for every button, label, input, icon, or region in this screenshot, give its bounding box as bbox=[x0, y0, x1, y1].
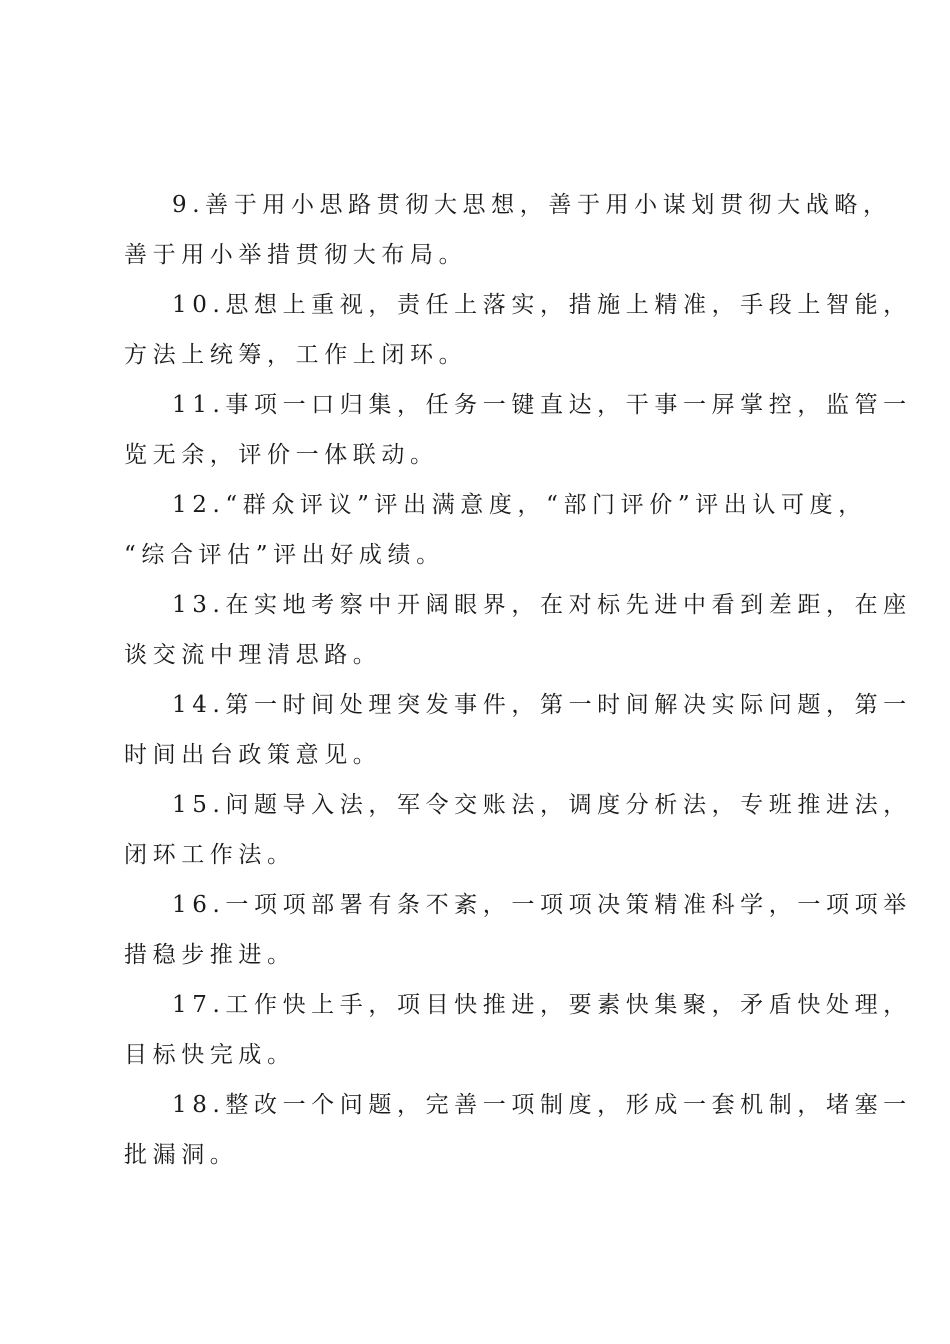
list-item-line: 闭环工作法。 bbox=[124, 830, 828, 880]
list-item-9: 9.善于用小思路贯彻大思想，善于用小谋划贯彻大战略， 善于用小举措贯彻大布局。 bbox=[124, 180, 828, 280]
list-item-14: 14.第一时间处理突发事件，第一时间解决实际问题，第一 时间出台政策意见。 bbox=[124, 680, 828, 780]
list-item-line: 善于用小举措贯彻大布局。 bbox=[124, 230, 828, 280]
list-item-line: 时间出台政策意见。 bbox=[124, 730, 828, 780]
list-item-line: 15.问题导入法，军令交账法，调度分析法，专班推进法， bbox=[124, 780, 828, 830]
list-item-line: 16.一项项部署有条不紊，一项项决策精准科学，一项项举 bbox=[124, 880, 828, 930]
list-item-line: “综合评估”评出好成绩。 bbox=[124, 530, 828, 580]
list-item-line: 措稳步推进。 bbox=[124, 930, 828, 980]
list-item-10: 10.思想上重视，责任上落实，措施上精准，手段上智能， 方法上统筹，工作上闭环。 bbox=[124, 280, 828, 380]
list-item-line: 谈交流中理清思路。 bbox=[124, 630, 828, 680]
list-item-11: 11.事项一口归集，任务一键直达，干事一屏掌控，监管一 览无余，评价一体联动。 bbox=[124, 380, 828, 480]
document-page: 9.善于用小思路贯彻大思想，善于用小谋划贯彻大战略， 善于用小举措贯彻大布局。 … bbox=[0, 0, 950, 1344]
list-item-line: 13.在实地考察中开阔眼界，在对标先进中看到差距，在座 bbox=[124, 580, 828, 630]
list-item-17: 17.工作快上手，项目快推进，要素快集聚，矛盾快处理， 目标快完成。 bbox=[124, 980, 828, 1080]
list-item-line: 10.思想上重视，责任上落实，措施上精准，手段上智能， bbox=[124, 280, 828, 330]
list-item-13: 13.在实地考察中开阔眼界，在对标先进中看到差距，在座 谈交流中理清思路。 bbox=[124, 580, 828, 680]
list-item-line: 11.事项一口归集，任务一键直达，干事一屏掌控，监管一 bbox=[124, 380, 828, 430]
list-item-line: 目标快完成。 bbox=[124, 1030, 828, 1080]
list-item-line: 17.工作快上手，项目快推进，要素快集聚，矛盾快处理， bbox=[124, 980, 828, 1030]
list-item-line: 9.善于用小思路贯彻大思想，善于用小谋划贯彻大战略， bbox=[124, 180, 828, 230]
list-item-line: 12.“群众评议”评出满意度，“部门评价”评出认可度， bbox=[124, 480, 828, 530]
list-item-18: 18.整改一个问题，完善一项制度，形成一套机制，堵塞一 批漏洞。 bbox=[124, 1080, 828, 1180]
list-item-line: 18.整改一个问题，完善一项制度，形成一套机制，堵塞一 bbox=[124, 1080, 828, 1130]
list-item-line: 批漏洞。 bbox=[124, 1130, 828, 1180]
list-item-15: 15.问题导入法，军令交账法，调度分析法，专班推进法， 闭环工作法。 bbox=[124, 780, 828, 880]
list-item-12: 12.“群众评议”评出满意度，“部门评价”评出认可度， “综合评估”评出好成绩。 bbox=[124, 480, 828, 580]
document-body: 9.善于用小思路贯彻大思想，善于用小谋划贯彻大战略， 善于用小举措贯彻大布局。 … bbox=[124, 180, 828, 1180]
list-item-16: 16.一项项部署有条不紊，一项项决策精准科学，一项项举 措稳步推进。 bbox=[124, 880, 828, 980]
list-item-line: 方法上统筹，工作上闭环。 bbox=[124, 330, 828, 380]
list-item-line: 14.第一时间处理突发事件，第一时间解决实际问题，第一 bbox=[124, 680, 828, 730]
list-item-line: 览无余，评价一体联动。 bbox=[124, 430, 828, 480]
